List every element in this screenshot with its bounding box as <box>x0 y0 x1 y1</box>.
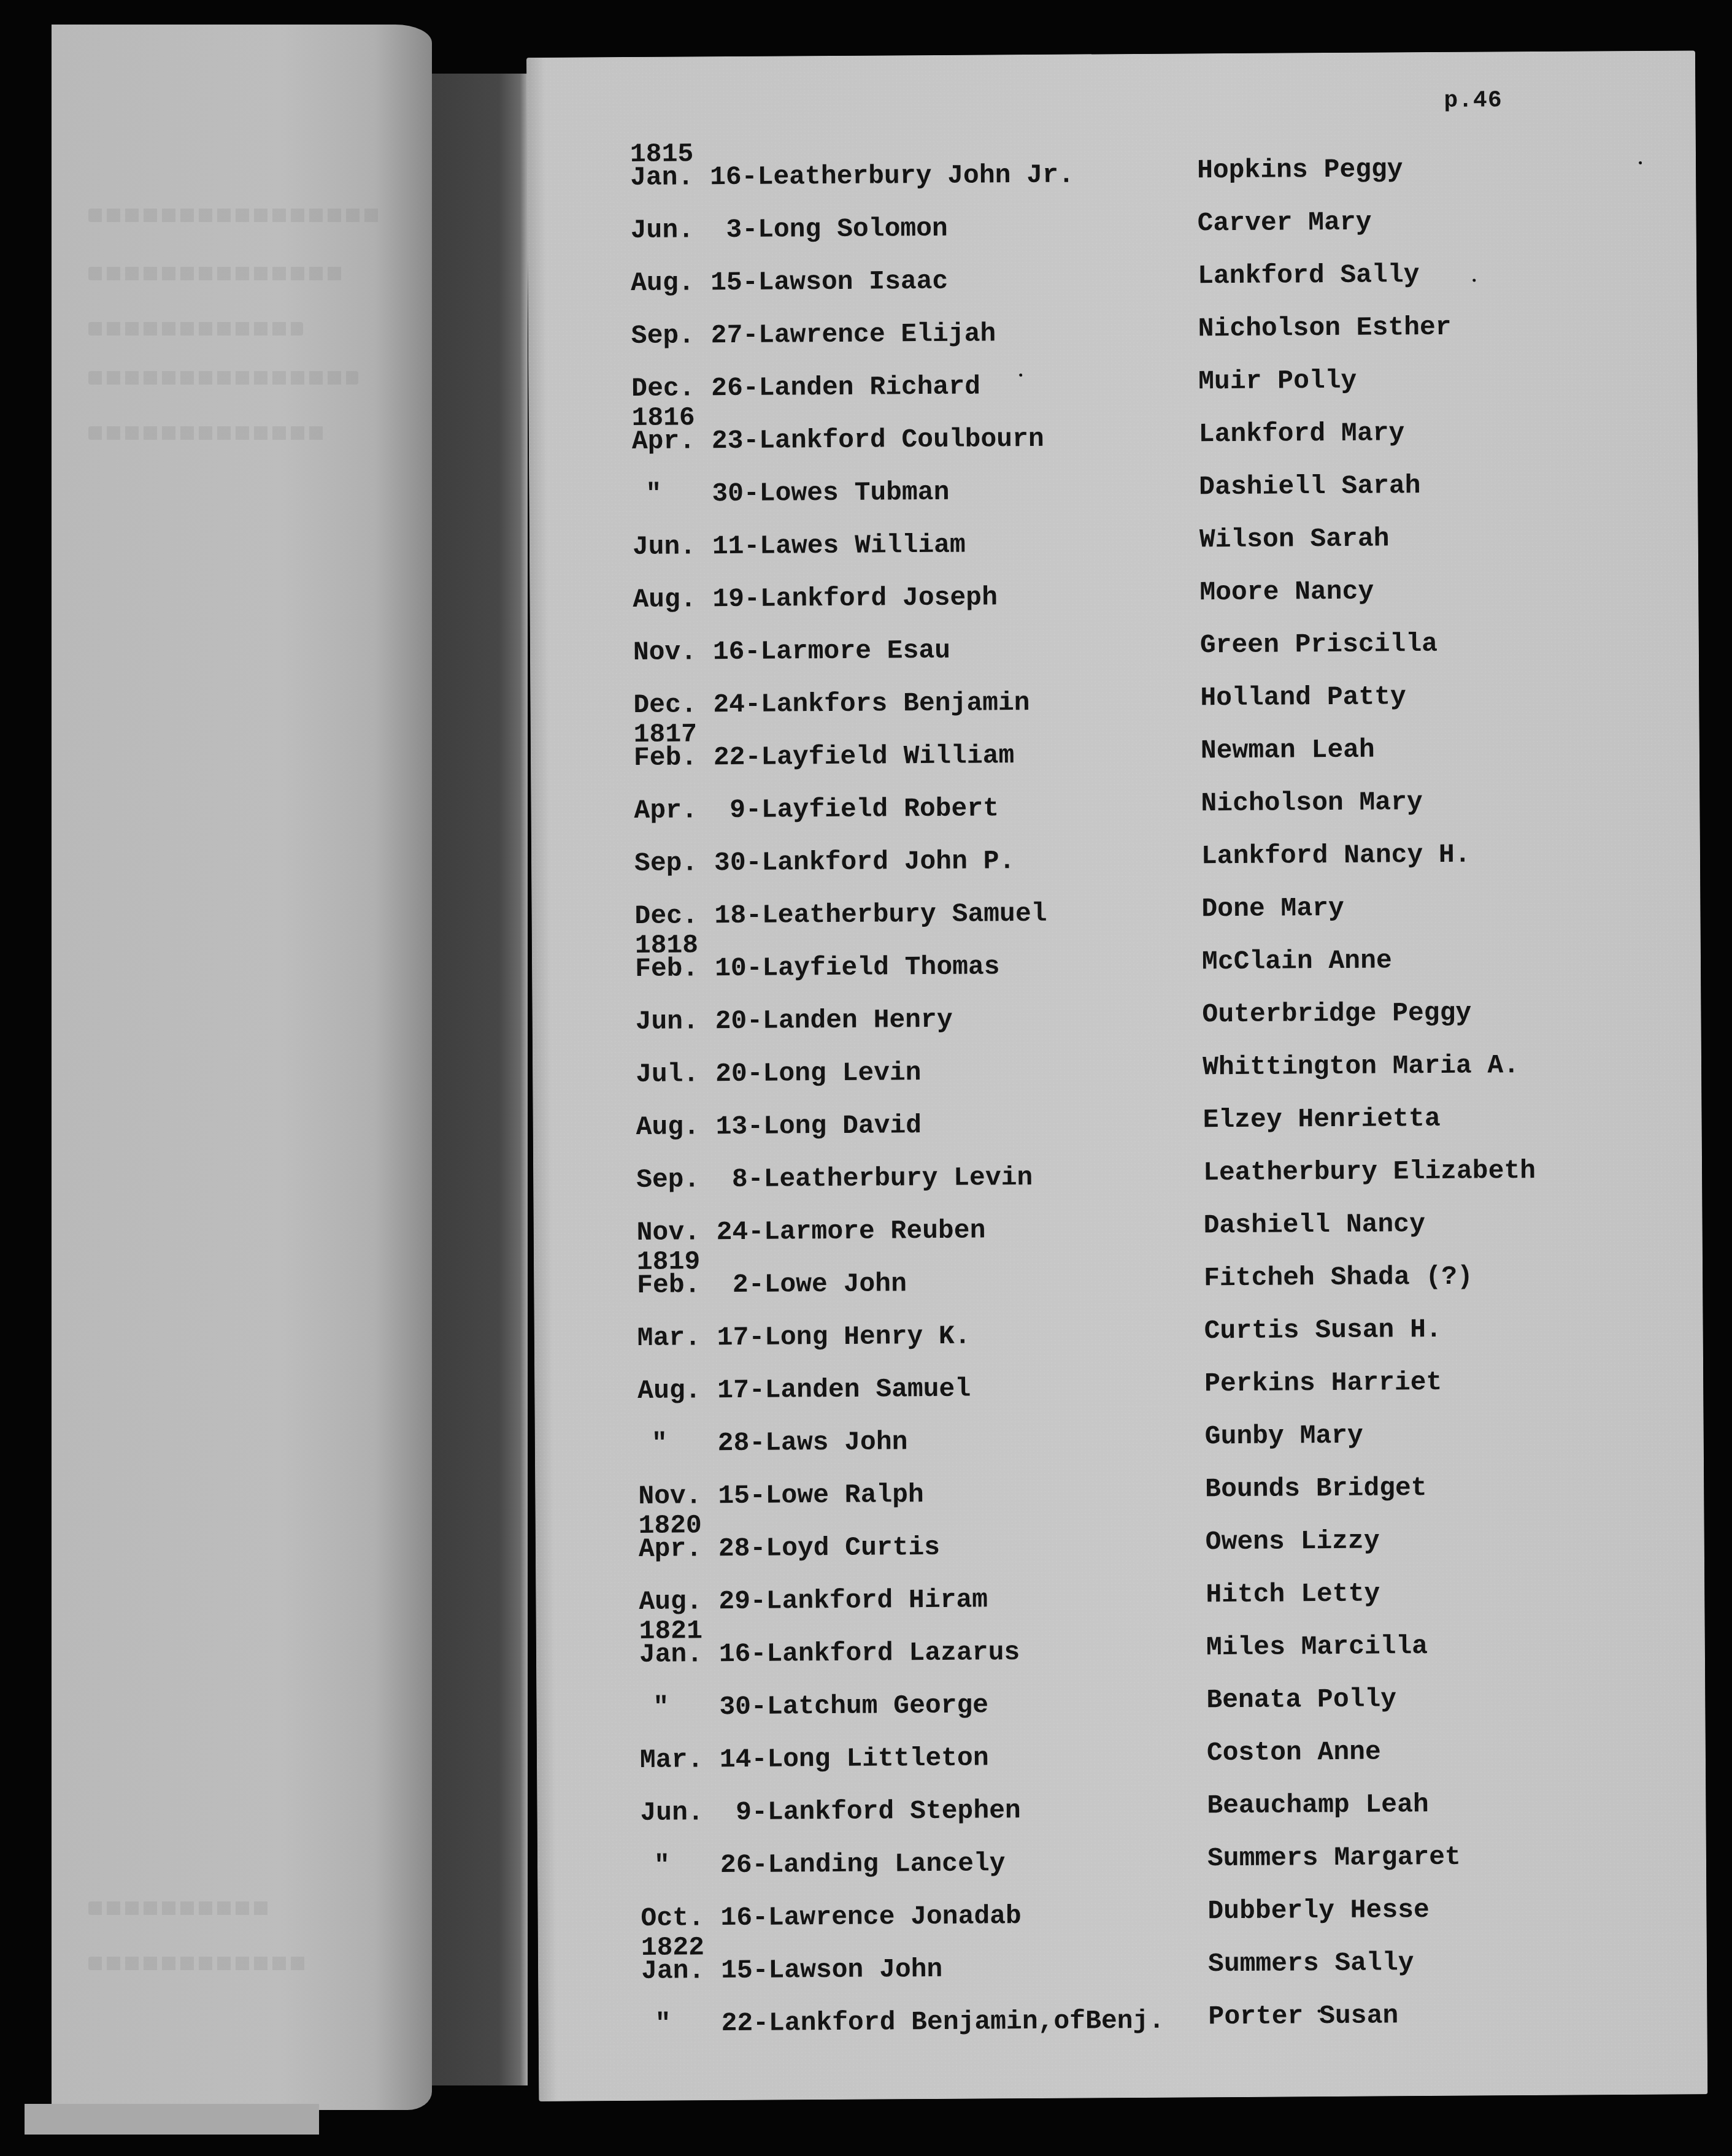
record-page: p.46 1815Jan.16-Leatherbury John Jr.Hopk… <box>526 50 1707 2101</box>
entry-month: Jun. <box>631 217 694 244</box>
marriage-entry: "30-Latchum GeorgeBenata Polly <box>536 1687 1705 1747</box>
ink-speck <box>1019 374 1022 377</box>
entry-day-groom: 3-Long Solomon <box>710 215 948 243</box>
entry-bride: Green Priscilla <box>1200 631 1438 658</box>
marriage-entry: "22-Lankford Benjamin,ofBenj.Porter Susa… <box>538 2004 1707 2064</box>
entry-month: Apr. <box>639 1535 702 1562</box>
entry-month: Aug. <box>631 269 694 296</box>
entry-bride: Muir Polly <box>1198 367 1357 395</box>
entry-month: Jan. <box>641 1957 704 1984</box>
entry-bride: Perkins Harriet <box>1204 1369 1442 1397</box>
entry-day-groom: 20-Long Levin <box>715 1059 922 1087</box>
entry-bride: Lankford Sally <box>1198 261 1420 289</box>
bleed-through-text <box>88 426 328 440</box>
entry-day-groom: 30-Lowes Tubman <box>712 479 949 507</box>
marriage-entry: 1815Jan.16-Leatherbury John Jr.Hopkins P… <box>527 158 1696 218</box>
entry-month: Sep. <box>634 850 698 877</box>
entry-day-groom: 2-Lowe John <box>717 1270 907 1298</box>
entry-bride: Leatherbury Elizabeth <box>1203 1157 1536 1186</box>
entry-month: Dec. <box>634 902 698 929</box>
marriage-entry: Dec.18-Leatherbury SamuelDone Mary <box>531 896 1700 956</box>
entry-month: Nov. <box>633 639 696 666</box>
entry-day-groom: 28-Laws John <box>718 1429 908 1456</box>
entry-month: Jun. <box>633 533 696 560</box>
entry-month: Apr. <box>634 797 697 824</box>
marriage-entry: Jul.20-Long LevinWhittington Maria A. <box>533 1054 1701 1114</box>
entry-day-groom: 16-Leatherbury John Jr. <box>710 162 1074 191</box>
entry-bride: Dubberly Hesse <box>1207 1897 1430 1924</box>
marriage-entry: 1821Jan.16-Lankford LazarusMiles Marcill… <box>536 1635 1705 1695</box>
marriage-entry: 1818Feb.10-Layfield ThomasMcClain Anne <box>532 949 1701 1009</box>
entry-month: Aug. <box>636 1113 699 1140</box>
entry-bride: Elzey Henrietta <box>1203 1105 1440 1133</box>
entry-month: Feb. <box>637 1272 700 1299</box>
entry-bride: Hitch Letty <box>1206 1581 1380 1608</box>
entry-day-groom: 15-Lawson Isaac <box>710 268 948 296</box>
entry-month: Oct. <box>641 1905 704 1932</box>
entry-month: Aug. <box>639 1588 702 1615</box>
entry-month: Nov. <box>637 1219 700 1246</box>
ink-speck <box>1472 279 1476 282</box>
entry-bride: Lankford Nancy H. <box>1201 842 1471 870</box>
entry-bride: Beauchamp Leah <box>1207 1791 1429 1819</box>
marriage-entry: Dec.26-Landen RichardMuir Polly <box>528 369 1697 429</box>
bleed-through-text <box>88 1957 309 1970</box>
entry-day-groom: 22-Lankford Benjamin,ofBenj. <box>721 2008 1164 2036</box>
entry-bride: Nicholson Esther <box>1198 314 1452 342</box>
entry-bride: Hopkins Peggy <box>1197 156 1403 183</box>
entry-month: Jun. <box>640 1799 703 1826</box>
entry-day-groom: 29-Lankford Hiram <box>718 1586 988 1614</box>
facing-page <box>52 25 432 2110</box>
entry-bride: Porter Susan <box>1208 2002 1398 2030</box>
entry-month: " <box>654 1852 670 1879</box>
entry-month: Sep. <box>636 1166 699 1193</box>
entry-day-groom: 18-Leatherbury Samuel <box>714 900 1047 929</box>
entry-month: Mar. <box>640 1746 703 1773</box>
entry-month: Jun. <box>635 1008 698 1035</box>
entry-month: Dec. <box>631 375 695 402</box>
marriage-entry: Sep.30-Lankford John P.Lankford Nancy H. <box>531 843 1700 903</box>
entry-month: Jul. <box>636 1061 699 1088</box>
entry-month: Dec. <box>633 691 696 718</box>
entry-bride: Outerbridge Peggy <box>1202 1000 1471 1028</box>
entry-day-groom: 9-Lankford Stephen <box>720 1797 1021 1825</box>
entry-day-groom: 17-Long Henry K. <box>717 1323 971 1351</box>
bleed-through-text <box>88 322 303 336</box>
entry-day-groom: 30-Latchum George <box>719 1692 988 1720</box>
entry-month: " <box>653 1694 669 1721</box>
entry-bride: Curtis Susan H. <box>1204 1316 1442 1344</box>
entry-day-groom: 11-Lawes William <box>712 532 966 560</box>
entry-day-groom: 30-Lankford John P. <box>714 848 1015 876</box>
marriage-entry: 1816Apr.23-Lankford CoulbournLankford Ma… <box>529 421 1698 481</box>
marriage-entry: Aug.15-Lawson IsaacLankford Sally <box>528 263 1696 323</box>
marriage-entry: "28-Laws JohnGunby Mary <box>535 1424 1704 1484</box>
entry-bride: Holland Patty <box>1200 683 1406 711</box>
marriage-entry: Aug.29-Lankford HiramHitch Letty <box>536 1582 1704 1642</box>
entry-day-groom: 24-Lankfors Benjamin <box>713 689 1030 718</box>
bleed-through-text <box>88 267 346 280</box>
marriage-entry: Mar.14-Long LittletonCoston Anne <box>537 1740 1706 1800</box>
marriage-entry: Mar.17-Long Henry K.Curtis Susan H. <box>534 1318 1703 1378</box>
entry-bride: Bounds Bridget <box>1205 1475 1427 1502</box>
entry-bride: Owens Lizzy <box>1206 1528 1380 1556</box>
entry-month: Jan. <box>630 164 693 191</box>
entry-month: Sep. <box>631 322 695 349</box>
marriage-entries-list: 1815Jan.16-Leatherbury John Jr.Hopkins P… <box>526 50 1695 58</box>
marriage-entry: "26-Landing LancelySummers Margaret <box>537 1846 1706 1906</box>
entry-day-groom: 20-Landen Henry <box>715 1007 952 1034</box>
entry-day-groom: 16-Larmore Esau <box>713 637 950 665</box>
entry-day-groom: 24-Larmore Reuben <box>717 1217 986 1245</box>
entry-day-groom: 26-Landing Lancely <box>720 1850 1006 1878</box>
marriage-entry: 1817Feb.22-Layfield WilliamNewman Leah <box>531 738 1699 798</box>
entry-day-groom: 26-Landen Richard <box>711 373 980 401</box>
entry-bride: Coston Anne <box>1207 1739 1381 1767</box>
entry-day-groom: 15-Lowe Ralph <box>718 1481 924 1509</box>
entry-day-groom: 17-Landen Samuel <box>717 1376 971 1404</box>
entry-bride: Dashiell Sarah <box>1199 472 1421 500</box>
marriage-entry: Jun.20-Landen HenryOuterbridge Peggy <box>532 1002 1701 1062</box>
entry-month: Jan. <box>639 1641 702 1668</box>
marriage-entry: Sep. 8-Leatherbury LevinLeatherbury Eliz… <box>533 1160 1702 1220</box>
entry-month: Feb. <box>634 744 697 771</box>
entry-day-groom: 27-Lawrence Elijah <box>711 320 996 348</box>
marriage-entry: Dec.24-Lankfors BenjaminHolland Patty <box>530 685 1699 745</box>
entry-day-groom: 15-Lawson John <box>721 1956 943 1984</box>
entry-bride: Moore Nancy <box>1199 578 1374 606</box>
entry-bride: Nicholson Mary <box>1201 789 1423 816</box>
entry-bride: Whittington Maria A. <box>1203 1052 1519 1080</box>
book-gutter <box>432 74 528 2085</box>
marriage-entry: Apr. 9-Layfield RobertNicholson Mary <box>531 791 1699 851</box>
marriage-entry: "30-Lowes TubmanDashiell Sarah <box>529 474 1698 534</box>
entry-month: Aug. <box>637 1377 701 1404</box>
bleed-through-text <box>88 371 358 385</box>
marriage-entry: 1819Feb. 2-Lowe JohnFitcheh Shada (?) <box>534 1265 1703 1325</box>
entry-bride: Fitcheh Shada (?) <box>1204 1264 1473 1292</box>
entry-bride: Newman Leah <box>1201 737 1375 764</box>
ink-speck <box>1639 161 1642 164</box>
bleed-through-text <box>88 209 383 222</box>
marriage-entry: Sep.27-Lawrence ElijahNicholson Esther <box>528 316 1697 376</box>
marriage-entry: Nov.15-Lowe RalphBounds Bridget <box>535 1476 1704 1536</box>
entry-day-groom: 8-Leatherbury Levin <box>716 1164 1033 1192</box>
page-number: p.46 <box>1444 87 1502 114</box>
marriage-entry: Nov.16-Larmore EsauGreen Priscilla <box>530 632 1699 692</box>
entry-day-groom: 22-Layfield William <box>714 742 1015 770</box>
entry-month: " <box>655 2011 671 2037</box>
entry-month: " <box>652 1430 668 1457</box>
entry-bride: Summers Margaret <box>1207 1844 1461 1872</box>
marriage-entry: 1820Apr.28-Loyd CurtisOwens Lizzy <box>536 1529 1704 1589</box>
entry-bride: Done Mary <box>1201 895 1344 922</box>
entry-month: Apr. <box>632 428 695 455</box>
entry-day-groom: 19-Lankford Joseph <box>712 584 998 612</box>
entry-month: Mar. <box>637 1324 701 1351</box>
marriage-entry: Jun. 9-Lankford StephenBeauchamp Leah <box>537 1793 1706 1853</box>
entry-month: " <box>645 481 661 507</box>
ink-speck <box>1317 2009 1320 2012</box>
entry-month: Aug. <box>633 586 696 613</box>
entry-month: Nov. <box>638 1483 701 1510</box>
entry-bride: Gunby Mary <box>1205 1422 1363 1450</box>
entry-bride: Wilson Sarah <box>1199 525 1390 553</box>
entry-bride: Lankford Mary <box>1199 420 1405 447</box>
entry-day-groom: 13-Long David <box>716 1112 922 1140</box>
marriage-entry: 1822Jan.15-Lawson JohnSummers Sally <box>538 1951 1707 2011</box>
marriage-entry: Jun.11-Lawes WilliamWilson Sarah <box>529 527 1698 587</box>
entry-bride: McClain Anne <box>1202 947 1392 975</box>
entry-bride: Dashiell Nancy <box>1204 1211 1426 1238</box>
entry-bride: Summers Sally <box>1208 1949 1414 1977</box>
entry-bride: Miles Marcilla <box>1206 1633 1428 1660</box>
entry-month: Feb. <box>635 955 698 982</box>
entry-bride: Benata Polly <box>1206 1686 1396 1713</box>
entry-day-groom: 16-Lawrence Jonadab <box>720 1903 1022 1931</box>
entry-day-groom: 28-Loyd Curtis <box>718 1534 941 1562</box>
entry-day-groom: 23-Lankford Coulbourn <box>712 426 1044 454</box>
entry-bride: Carver Mary <box>1198 209 1372 237</box>
marriage-entry: Aug.19-Lankford JosephMoore Nancy <box>529 580 1698 640</box>
entry-day-groom: 10-Layfield Thomas <box>715 953 1000 981</box>
marriage-entry: Oct.16-Lawrence JonadabDubberly Hesse <box>537 1898 1706 1958</box>
entry-day-groom: 14-Long Littleton <box>720 1744 989 1773</box>
marriage-entry: Nov.24-Larmore ReubenDashiell Nancy <box>534 1213 1703 1273</box>
entry-day-groom: 9-Layfield Robert <box>714 795 999 823</box>
marriage-entry: Aug.17-Landen SamuelPerkins Harriet <box>534 1371 1703 1431</box>
entry-day-groom: 16-Lankford Lazarus <box>719 1639 1020 1667</box>
bleed-through-text <box>88 1901 272 1915</box>
marriage-entry: Jun. 3-Long SolomonCarver Mary <box>528 210 1696 270</box>
